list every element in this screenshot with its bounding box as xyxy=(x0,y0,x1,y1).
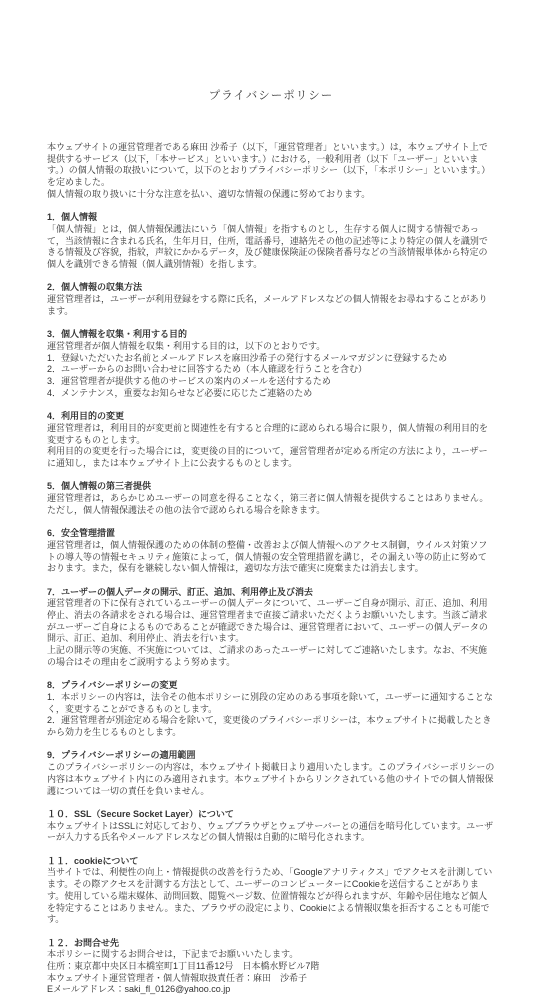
policy-section: １１．cookieについて当サイトでは、利便性の向上・情報提供の改善を行うため、… xyxy=(47,856,495,926)
section-paragraph: 4．メンテナンス，重要なお知らせなど必要に応じたご連絡のため xyxy=(47,388,495,400)
section-paragraph: 1．本ポリシーの内容は，法令その他本ポリシーに別段の定めのある事項を除いて，ユー… xyxy=(47,692,495,715)
section-heading: １１．cookieについて xyxy=(47,856,495,868)
section-heading: 7．ユーザーの個人データの開示、訂正、追加、利用停止及び消去 xyxy=(47,587,495,599)
policy-section: 7．ユーザーの個人データの開示、訂正、追加、利用停止及び消去運営管理者の下に保有… xyxy=(47,587,495,669)
section-paragraph: 運営管理者が個人情報を収集・利用する目的は，以下のとおりです。 xyxy=(47,341,495,353)
section-paragraph: 本ウェブサイト運営管理者・個人情報取扱責任者：麻田 沙希子 xyxy=(47,973,495,985)
section-paragraph: このプライバシーポリシーの内容は，本ウェブサイト掲載日より適用いたします。このプ… xyxy=(47,762,495,797)
section-heading: 1．個人情報 xyxy=(47,212,495,224)
intro-paragraph: 個人情報の取り扱いに十分な注意を払い、適切な情報の保護に努めております。 xyxy=(47,189,495,201)
section-paragraph: Eメールアドレス：saki_fl_0126@yahoo.co.jp xyxy=(47,984,495,996)
section-heading: 6．安全管理措置 xyxy=(47,528,495,540)
section-heading: １２．お問合せ先 xyxy=(47,938,495,950)
policy-section: 9．プライバシーポリシーの適用範囲このプライバシーポリシーの内容は，本ウェブサイ… xyxy=(47,750,495,797)
section-heading: 3．個人情報を収集・利用する目的 xyxy=(47,329,495,341)
section-heading: 2．個人情報の収集方法 xyxy=(47,282,495,294)
section-heading: 9．プライバシーポリシーの適用範囲 xyxy=(47,750,495,762)
policy-document: プライバシーポリシー 本ウェブサイトの運営管理者である麻田 沙希子（以下，「運営… xyxy=(0,0,540,1000)
policy-section: １２．お問合せ先本ポリシーに関するお問合せは，下記までお願いいたします。住所：東… xyxy=(47,938,495,997)
page-title: プライバシーポリシー xyxy=(47,87,495,103)
policy-section: 3．個人情報を収集・利用する目的運営管理者が個人情報を収集・利用する目的は，以下… xyxy=(47,329,495,399)
intro-block: 本ウェブサイトの運営管理者である麻田 沙希子（以下，「運営管理者」といいます。）… xyxy=(47,142,495,201)
section-paragraph: 利用目的の変更を行った場合には，変更後の目的について，運営管理者が定める所定の方… xyxy=(47,446,495,469)
section-paragraph: 本ポリシーに関するお問合せは，下記までお願いいたします。 xyxy=(47,949,495,961)
section-paragraph: 当サイトでは、利便性の向上・情報提供の改善を行うため、「Googleアナリティク… xyxy=(47,867,495,926)
policy-section: 2．個人情報の収集方法運営管理者は，ユーザーが利用登録をする際に氏名，メールアド… xyxy=(47,282,495,317)
policy-section: 4．利用目的の変更運営管理者は，利用目的が変更前と関連性を有すると合理的に認めら… xyxy=(47,411,495,470)
section-heading: １０．SSL（Secure Socket Layer）について xyxy=(47,809,495,821)
section-paragraph: 運営管理者は，利用目的が変更前と関連性を有すると合理的に認められる場合に限り，個… xyxy=(47,423,495,446)
section-heading: 5．個人情報の第三者提供 xyxy=(47,481,495,493)
policy-body: 本ウェブサイトの運営管理者である麻田 沙希子（以下，「運営管理者」といいます。）… xyxy=(47,142,495,996)
section-paragraph: 上記の開示等の実施、不実施については、ご請求のあったユーザーに対してご連絡いたし… xyxy=(47,645,495,668)
policy-section: 8．プライバシーポリシーの変更1．本ポリシーの内容は，法令その他本ポリシーに別段… xyxy=(47,680,495,739)
section-paragraph: 運営管理者の下に保有されているユーザーの個人データについて、ユーザーご自身が開示… xyxy=(47,598,495,645)
section-paragraph: 2．ユーザーからのお問い合わせに回答するため（本人確認を行うことを含む） xyxy=(47,364,495,376)
section-heading: 4．利用目的の変更 xyxy=(47,411,495,423)
section-paragraph: 住所：東京都中央区日本橋室町1丁目11番12号 日本橋水野ビル7階 xyxy=(47,961,495,973)
section-paragraph: 本ウェブサイトはSSLに対応しており、ウェブブラウザとウェブサーバーとの通信を暗… xyxy=(47,821,495,844)
sections: 1．個人情報「個人情報」とは，個人情報保護法にいう「個人情報」を指すものとし，生… xyxy=(47,212,495,996)
section-heading: 8．プライバシーポリシーの変更 xyxy=(47,680,495,692)
policy-section: 6．安全管理措置運営管理者は，個人情報保護のための体制の整備・改善および個人情報… xyxy=(47,528,495,575)
policy-section: 1．個人情報「個人情報」とは，個人情報保護法にいう「個人情報」を指すものとし，生… xyxy=(47,212,495,271)
section-paragraph: 運営管理者は，あらかじめユーザーの同意を得ることなく，第三者に個人情報を提供する… xyxy=(47,493,495,516)
section-paragraph: 2．運営管理者が別途定める場合を除いて，変更後のプライバシーポリシーは，本ウェブ… xyxy=(47,715,495,738)
section-paragraph: 1．登録いただいたお名前とメールアドレスを麻田沙希子の発行するメールマガジンに登… xyxy=(47,353,495,365)
section-paragraph: 「個人情報」とは，個人情報保護法にいう「個人情報」を指すものとし，生存する個人に… xyxy=(47,224,495,271)
policy-section: 5．個人情報の第三者提供運営管理者は，あらかじめユーザーの同意を得ることなく，第… xyxy=(47,481,495,516)
section-paragraph: 運営管理者は，ユーザーが利用登録をする際に氏名，メールアドレスなどの個人情報をお… xyxy=(47,294,495,317)
policy-section: １０．SSL（Secure Socket Layer）について本ウェブサイトはS… xyxy=(47,809,495,844)
section-paragraph: 3．運営管理者が提供する他のサービスの案内のメールを送付するため xyxy=(47,376,495,388)
intro-paragraph: 本ウェブサイトの運営管理者である麻田 沙希子（以下，「運営管理者」といいます。）… xyxy=(47,142,495,189)
section-paragraph: 運営管理者は，個人情報保護のための体制の整備・改善および個人情報へのアクセス制御… xyxy=(47,540,495,575)
